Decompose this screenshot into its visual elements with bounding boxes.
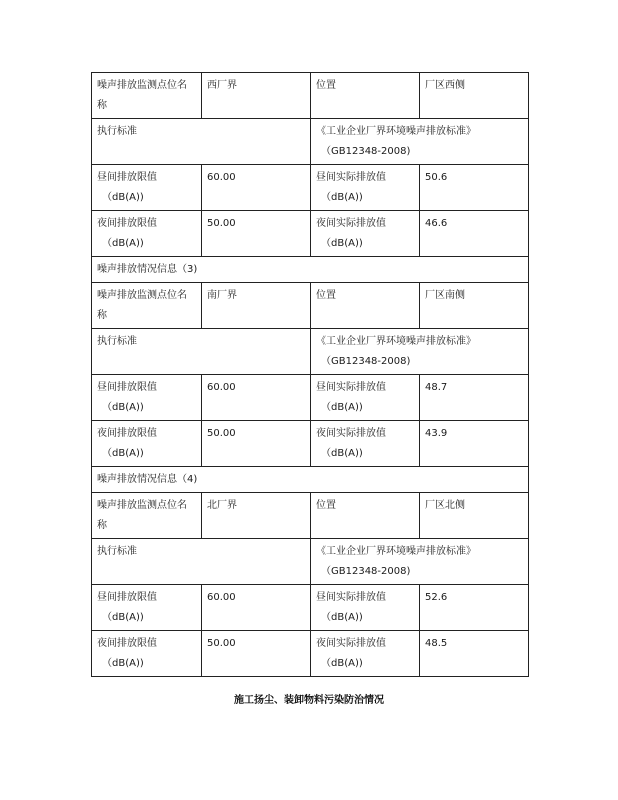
day-limit-value-cell: 60.00	[202, 165, 311, 211]
night-actual-value-cell: 48.5	[420, 631, 529, 677]
section-header-cell: 噪声排放情况信息（3)	[92, 257, 529, 283]
position-label-cell: 位置	[311, 73, 420, 119]
document-page: 噪声排放监测点位名称 西厂界 位置 厂区西侧 执行标准 《工业企业厂界环境噪声排…	[0, 0, 618, 800]
day-limit-row: 昼间排放限值（dB(A)) 60.00 昼间实际排放值（dB(A)) 52.6	[92, 585, 529, 631]
monitoring-point-row: 噪声排放监测点位名称 南厂界 位置 厂区南侧	[92, 283, 529, 329]
standard-row: 执行标准 《工业企业厂界环境噪声排放标准》（GB12348-2008)	[92, 329, 529, 375]
monitoring-point-row: 噪声排放监测点位名称 北厂界 位置 厂区北侧	[92, 493, 529, 539]
standard-value-cell: 《工业企业厂界环境噪声排放标准》（GB12348-2008)	[311, 539, 529, 585]
section-header-row: 噪声排放情况信息（3)	[92, 257, 529, 283]
night-actual-value-cell: 46.6	[420, 211, 529, 257]
standard-row: 执行标准 《工业企业厂界环境噪声排放标准》（GB12348-2008)	[92, 119, 529, 165]
standard-label-cell: 执行标准	[92, 539, 311, 585]
point-label-cell: 噪声排放监测点位名称	[92, 283, 202, 329]
position-label-cell: 位置	[311, 283, 420, 329]
night-limit-row: 夜间排放限值（dB(A)) 50.00 夜间实际排放值（dB(A)) 48.5	[92, 631, 529, 677]
day-limit-label-cell: 昼间排放限值（dB(A))	[92, 375, 202, 421]
night-limit-row: 夜间排放限值（dB(A)) 50.00 夜间实际排放值（dB(A)) 46.6	[92, 211, 529, 257]
point-name-cell: 北厂界	[202, 493, 311, 539]
point-label-cell: 噪声排放监测点位名称	[92, 73, 202, 119]
night-limit-label-cell: 夜间排放限值（dB(A))	[92, 211, 202, 257]
night-actual-label-cell: 夜间实际排放值（dB(A))	[311, 421, 420, 467]
standard-label-cell: 执行标准	[92, 329, 311, 375]
day-actual-value-cell: 52.6	[420, 585, 529, 631]
standard-label-cell: 执行标准	[92, 119, 311, 165]
day-actual-label-cell: 昼间实际排放值（dB(A))	[311, 585, 420, 631]
day-actual-value-cell: 48.7	[420, 375, 529, 421]
night-actual-label-cell: 夜间实际排放值（dB(A))	[311, 211, 420, 257]
night-limit-value-cell: 50.00	[202, 211, 311, 257]
standard-row: 执行标准 《工业企业厂界环境噪声排放标准》（GB12348-2008)	[92, 539, 529, 585]
position-label-cell: 位置	[311, 493, 420, 539]
section-header-cell: 噪声排放情况信息（4)	[92, 467, 529, 493]
night-limit-label-cell: 夜间排放限值（dB(A))	[92, 631, 202, 677]
day-limit-value-cell: 60.00	[202, 585, 311, 631]
position-value-cell: 厂区北侧	[420, 493, 529, 539]
monitoring-point-row: 噪声排放监测点位名称 西厂界 位置 厂区西侧	[92, 73, 529, 119]
section-header-row: 噪声排放情况信息（4)	[92, 467, 529, 493]
night-actual-value-cell: 43.9	[420, 421, 529, 467]
day-limit-value-cell: 60.00	[202, 375, 311, 421]
standard-value-cell: 《工业企业厂界环境噪声排放标准》（GB12348-2008)	[311, 329, 529, 375]
day-limit-row: 昼间排放限值（dB(A)) 60.00 昼间实际排放值（dB(A)) 50.6	[92, 165, 529, 211]
point-name-cell: 西厂界	[202, 73, 311, 119]
night-actual-label-cell: 夜间实际排放值（dB(A))	[311, 631, 420, 677]
point-name-cell: 南厂界	[202, 283, 311, 329]
night-limit-row: 夜间排放限值（dB(A)) 50.00 夜间实际排放值（dB(A)) 43.9	[92, 421, 529, 467]
day-limit-label-cell: 昼间排放限值（dB(A))	[92, 165, 202, 211]
day-actual-label-cell: 昼间实际排放值（dB(A))	[311, 375, 420, 421]
standard-value-cell: 《工业企业厂界环境噪声排放标准》（GB12348-2008)	[311, 119, 529, 165]
day-actual-value-cell: 50.6	[420, 165, 529, 211]
day-limit-row: 昼间排放限值（dB(A)) 60.00 昼间实际排放值（dB(A)) 48.7	[92, 375, 529, 421]
position-value-cell: 厂区西侧	[420, 73, 529, 119]
section-heading: 施工扬尘、装卸物料污染防治情况	[0, 691, 618, 706]
day-limit-label-cell: 昼间排放限值（dB(A))	[92, 585, 202, 631]
noise-emission-table: 噪声排放监测点位名称 西厂界 位置 厂区西侧 执行标准 《工业企业厂界环境噪声排…	[91, 72, 529, 677]
night-limit-label-cell: 夜间排放限值（dB(A))	[92, 421, 202, 467]
night-limit-value-cell: 50.00	[202, 421, 311, 467]
night-limit-value-cell: 50.00	[202, 631, 311, 677]
position-value-cell: 厂区南侧	[420, 283, 529, 329]
day-actual-label-cell: 昼间实际排放值（dB(A))	[311, 165, 420, 211]
point-label-cell: 噪声排放监测点位名称	[92, 493, 202, 539]
